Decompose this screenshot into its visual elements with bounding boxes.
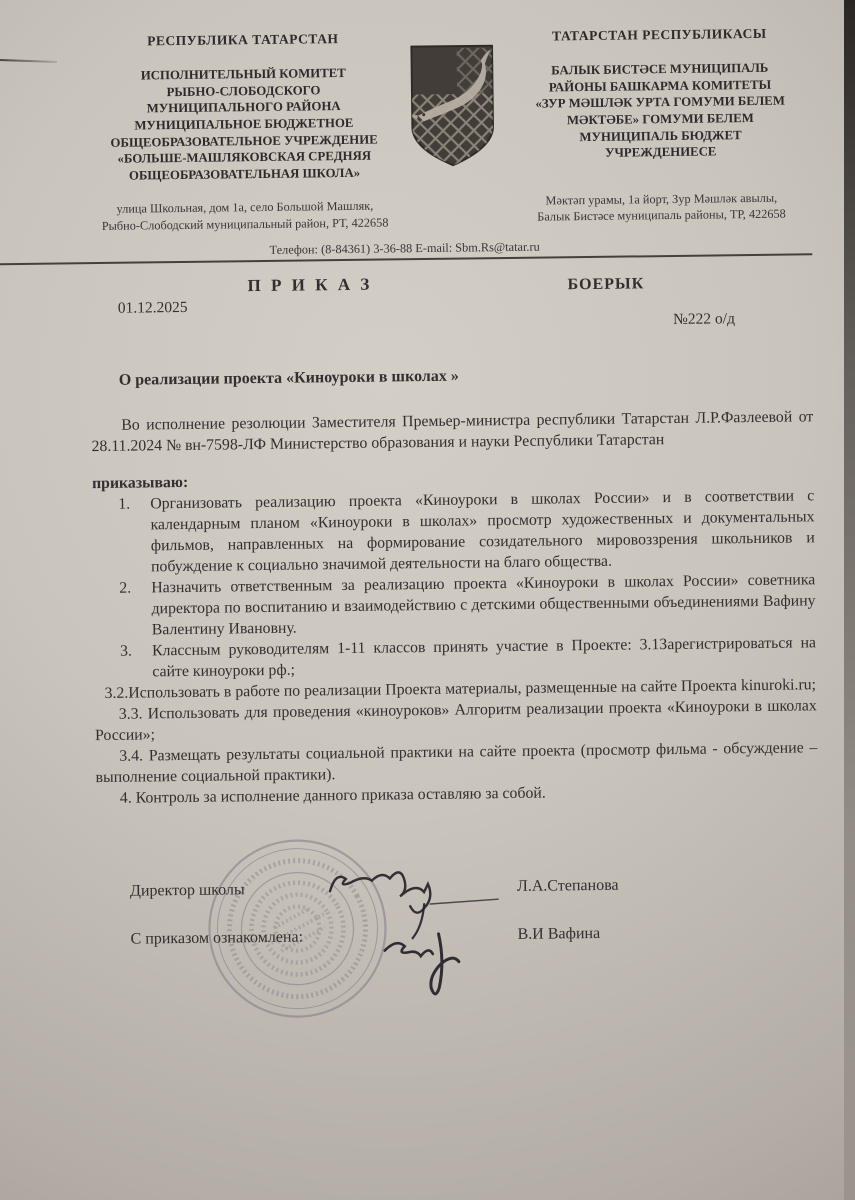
republic-title-ru: РЕСПУБЛИКА ТАТАРСТАН: [83, 30, 404, 50]
republic-title-tat: ТАТАРСТАН РЕСПУБЛИКАСЫ: [499, 25, 820, 45]
order-item-2: 2. Назначить ответственным за реализацию…: [93, 569, 816, 641]
organization-name-tat: БАЛЫК БИСТӘСЕ МУНИЦИПАЛЬ РАЙОНЫ БАШКАРМА…: [499, 59, 821, 163]
signature-block: Директор школы Л.А.Степанова С приказом …: [97, 852, 821, 1061]
coat-of-arms-emblem: [403, 29, 501, 231]
order-number: №222 о/д: [673, 310, 735, 329]
director-name: Л.А.Степанова: [517, 874, 619, 897]
organization-name-ru: ИСПОЛНИТЕЛЬНЫЙ КОМИТЕТ РЫБНО-СЛОБОДСКОГО…: [83, 64, 405, 184]
order-caption: П Р И К А З БОЕРЫК 01.12.2025 №222 о/д: [89, 255, 810, 356]
order-items: 1. Организовать реализацию проекта «Кино…: [92, 485, 816, 683]
order-subject: О реализации проекта «Киноуроки в школах…: [119, 361, 813, 391]
order-item-1: 1. Организовать реализацию проекта «Кино…: [92, 485, 815, 578]
order-date: 01.12.2025: [118, 298, 188, 317]
letterhead: РЕСПУБЛИКА ТАТАРСТАН ИСПОЛНИТЕЛЬНЫЙ КОМИ…: [0, 0, 852, 236]
letterhead-left-column: РЕСПУБЛИКА ТАТАРСТАН ИСПОЛНИТЕЛЬНЫЙ КОМИ…: [83, 30, 406, 234]
paper-content: РЕСПУБЛИКА ТАТАРСТАН ИСПОЛНИТЕЛЬНЫЙ КОМИ…: [0, 0, 855, 1200]
order-title-ru: П Р И К А З: [247, 274, 372, 296]
handwritten-signatures: [311, 840, 533, 1013]
director-label: Директор школы: [130, 879, 245, 902]
order-title-tat: БОЕРЫК: [568, 275, 645, 294]
intro-paragraph: Во исполнение резолюции Заместителя Прем…: [91, 406, 813, 457]
acknowledged-label: С приказом ознакомлена:: [130, 926, 303, 949]
address-ru: улица Школьная, дом 1а, село Большой Маш…: [85, 198, 406, 235]
shield-fish-icon: [403, 37, 501, 174]
acknowledged-name: В.И Вафина: [517, 923, 600, 945]
scanned-order-document: РЕСПУБЛИКА ТАТАРСТАН ИСПОЛНИТЕЛЬНЫЙ КОМИ…: [0, 0, 855, 1200]
address-tat: Мәктәп урамы, 1а йорт, Зур Мәшләк авылы,…: [501, 189, 822, 226]
document-body: О реализации проекта «Киноуроки в школах…: [91, 361, 821, 1061]
letterhead-right-column: ТАТАРСТАН РЕСПУБЛИКАСЫ БАЛЫК БИСТӘСЕ МУН…: [499, 25, 822, 229]
